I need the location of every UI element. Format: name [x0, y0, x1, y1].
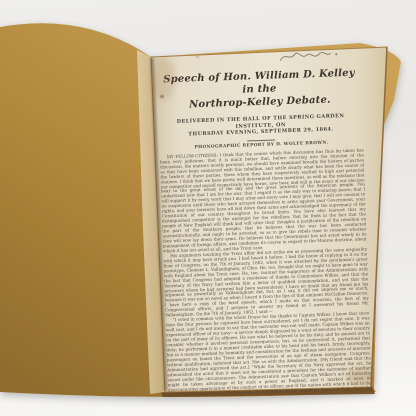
speech-paragraph-1: MY FELLOW-CITIZENS: I think that the cou…	[160, 148, 367, 254]
photograph-backdrop: Speech of Hon. William D. Kelley in the …	[0, 0, 416, 416]
pencil-inscription-icon	[278, 46, 341, 64]
delivery-note: DELIVERED IN THE HALL OF THE SPRING GARD…	[164, 113, 357, 139]
speech-paragraph-3: “I voted in common with the whole House …	[165, 312, 372, 398]
speech-body: MY FELLOW-CITIZENS: I think that the cou…	[160, 148, 373, 398]
divider-rule	[247, 139, 275, 141]
speech-paragraph-2: His arguments touching the Trent affair …	[163, 247, 369, 318]
speech-title: Speech of Hon. William D. Kelley in the …	[159, 66, 360, 112]
page-content: Speech of Hon. William D. Kelley in the …	[144, 40, 378, 398]
